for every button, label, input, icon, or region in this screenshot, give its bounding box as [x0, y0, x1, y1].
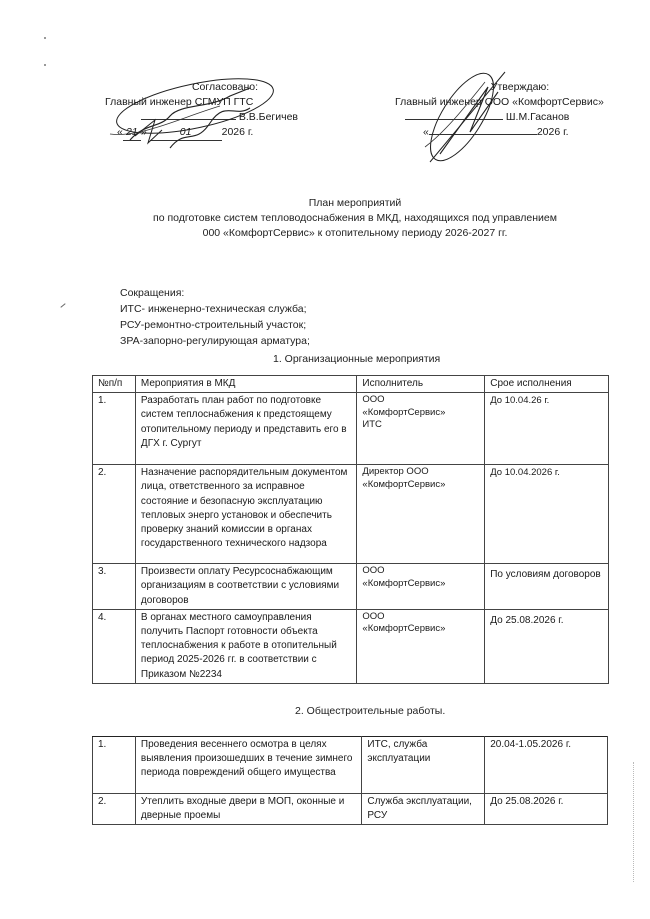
- abbreviations-heading: Сокращения:: [120, 285, 310, 301]
- approval-approved-block: Утверждаю: Главный инженер ООО «КомфортС…: [395, 80, 610, 140]
- row-deadline: 20.04-1.05.2026 г.: [485, 737, 608, 794]
- organizational-measures-table: №п/п Мероприятия в МКД Исполнитель Срое …: [92, 375, 609, 684]
- executor-line: ООО: [362, 611, 480, 624]
- row-number: 1.: [93, 393, 136, 465]
- title-line-2: по подготовке систем тепловодоснабжения …: [60, 211, 650, 226]
- approval-position: Главный инженер ООО «КомфортСервис»: [395, 95, 610, 110]
- header-executor: Исполнитель: [357, 376, 485, 393]
- approval-signatory-line: Ш.М.Гасанов: [405, 110, 610, 125]
- approval-signatory: Ш.М.Гасанов: [506, 111, 569, 123]
- row-activity: В органах местного самоуправления получи…: [135, 609, 356, 683]
- title-line-3: 000 «КомфортСервис» к отопительному пери…: [60, 226, 650, 241]
- table-row: 3. Произвести оплату Ресурсоснабжающим о…: [93, 564, 609, 610]
- row-number: 2.: [93, 465, 136, 564]
- table-row: 1. Проведения весеннего осмотра в целях …: [93, 737, 608, 794]
- executor-line: ООО: [362, 565, 480, 578]
- abbreviation-item: РСУ-ремонтно-строительный участок;: [120, 317, 310, 333]
- approval-position: Главный инженер СГМУП ГТС: [105, 95, 310, 110]
- approval-signatory: В.В.Бегичев: [239, 111, 298, 123]
- header-activity: Мероприятия в МКД: [135, 376, 356, 393]
- table-row: 2. Утеплить входные двери в МОП, оконные…: [93, 794, 608, 825]
- row-executor: Директор ООО «КомфортСервис»: [357, 465, 485, 564]
- approval-date-line: «21» 012026 г.: [117, 125, 310, 141]
- row-executor: Служба эксплуатации, РСУ: [362, 794, 485, 825]
- executor-line: ООО: [362, 394, 480, 407]
- scan-mark: [60, 303, 65, 308]
- header-number: №п/п: [93, 376, 136, 393]
- section-2-title: 2. Общестроительные работы.: [295, 705, 445, 717]
- scan-speck: [44, 64, 46, 66]
- executor-line: «КомфортСервис»: [362, 623, 480, 636]
- row-number: 1.: [93, 737, 136, 794]
- row-deadline: До 25.08.2026 г.: [485, 609, 609, 683]
- approval-date-year: 2026 г.: [537, 126, 569, 138]
- executor-line: «КомфортСервис»: [362, 479, 480, 492]
- approval-heading: Согласовано:: [120, 80, 310, 95]
- row-deadline: До 25.08.2026 г.: [485, 794, 608, 825]
- section-1-title: 1. Организационные мероприятия: [273, 353, 440, 365]
- row-deadline: До 10.04.2026 г.: [485, 465, 609, 564]
- abbreviation-item: ЗРА-запорно-регулирующая арматура;: [120, 333, 310, 349]
- approval-agreed-block: Согласовано: Главный инженер СГМУП ГТС В…: [120, 80, 310, 141]
- row-activity: Назначение распорядительным документом л…: [135, 465, 356, 564]
- executor-line: «КомфортСервис»: [362, 407, 480, 420]
- document-title: План мероприятий по подготовке систем те…: [60, 196, 650, 241]
- row-executor: ООО «КомфортСервис» ИТС: [357, 393, 485, 465]
- executor-line: Директор ООО: [362, 466, 480, 479]
- table-row: 4. В органах местного самоуправления пол…: [93, 609, 609, 683]
- row-executor: ИТС, служба эксплуатации: [362, 737, 485, 794]
- table-header-row: №п/п Мероприятия в МКД Исполнитель Срое …: [93, 376, 609, 393]
- executor-line: ИТС: [362, 419, 480, 432]
- approval-date-day: 21: [123, 125, 141, 141]
- row-activity: Проведения весеннего осмотра в целях выя…: [135, 737, 361, 794]
- approval-date-open-quote: «: [423, 126, 429, 138]
- approval-heading: Утверждаю:: [395, 80, 610, 95]
- approval-signatory-line: В.В.Бегичев: [120, 110, 298, 125]
- construction-works-table: 1. Проведения весеннего осмотра в целях …: [92, 736, 608, 825]
- scan-edge-mark: [633, 762, 635, 882]
- row-executor: ООО «КомфортСервис»: [357, 564, 485, 610]
- row-activity: Разработать план работ по подготовке сис…: [135, 393, 356, 465]
- abbreviations: Сокращения: ИТС- инженерно-техническая с…: [120, 285, 310, 349]
- row-number: 3.: [93, 564, 136, 610]
- row-number: 2.: [93, 794, 136, 825]
- executor-line: «КомфортСервис»: [362, 578, 480, 591]
- row-executor: ООО «КомфортСервис»: [357, 609, 485, 683]
- table-row: 2. Назначение распорядительным документо…: [93, 465, 609, 564]
- scan-speck: [44, 37, 46, 39]
- row-deadline: По условиям договоров: [485, 564, 609, 610]
- row-activity: Утеплить входные двери в МОП, оконные и …: [135, 794, 361, 825]
- header-deadline: Срое исполнения: [485, 376, 609, 393]
- title-line-1: План мероприятий: [60, 196, 650, 211]
- row-number: 4.: [93, 609, 136, 683]
- approval-date-month: 01: [150, 125, 222, 141]
- abbreviation-item: ИТС- инженерно-техническая служба;: [120, 301, 310, 317]
- approval-date-year: 2026 г.: [222, 126, 254, 138]
- row-deadline: До 10.04.26 г.: [485, 393, 609, 465]
- approval-date-line: «2026 г.: [423, 125, 610, 140]
- row-activity: Произвести оплату Ресурсоснабжающим орга…: [135, 564, 356, 610]
- table-row: 1. Разработать план работ по подготовке …: [93, 393, 609, 465]
